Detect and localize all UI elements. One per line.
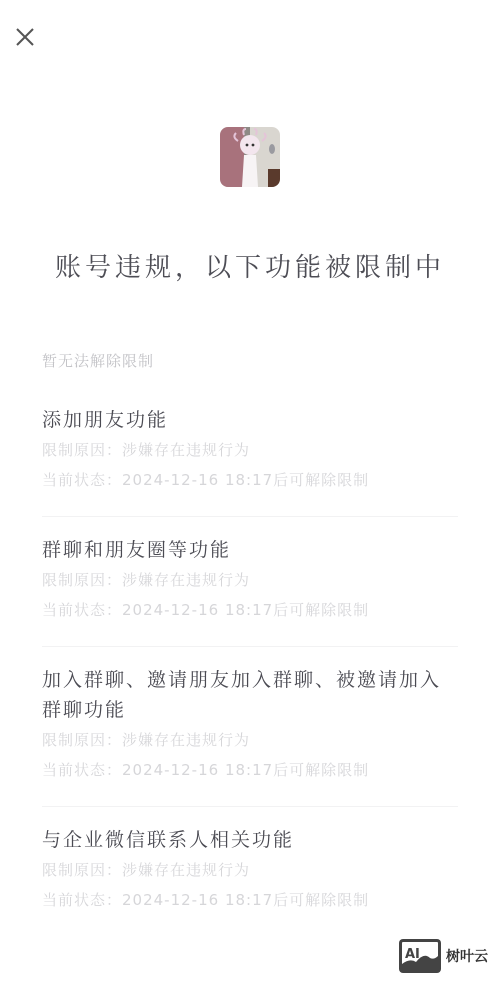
divider (42, 516, 458, 517)
restriction-item: 群聊和朋友圈等功能 限制原因：涉嫌存在违规行为 当前状态：2024-12-16 … (42, 535, 458, 625)
restriction-title: 群聊和朋友圈等功能 (42, 535, 458, 565)
restriction-status: 当前状态：2024-12-16 18:17后可解除限制 (42, 885, 458, 915)
ai-logo-icon: AI (398, 938, 442, 974)
page-title: 账号违规，以下功能被限制中 (0, 247, 500, 284)
restriction-reason: 限制原因：涉嫌存在违规行为 (42, 435, 458, 465)
restriction-status: 当前状态：2024-12-16 18:17后可解除限制 (42, 595, 458, 625)
restriction-title: 与企业微信联系人相关功能 (42, 825, 458, 855)
divider (42, 646, 458, 647)
restriction-item: 与企业微信联系人相关功能 限制原因：涉嫌存在违规行为 当前状态：2024-12-… (42, 825, 458, 915)
avatar-image (220, 127, 280, 187)
restriction-reason: 限制原因：涉嫌存在违规行为 (42, 565, 458, 595)
restriction-reason: 限制原因：涉嫌存在违规行为 (42, 855, 458, 885)
avatar (220, 127, 280, 187)
divider (42, 806, 458, 807)
close-x-icon (14, 26, 36, 48)
restriction-title: 添加朋友功能 (42, 405, 458, 435)
svg-text:AI: AI (405, 947, 420, 962)
section-header: 暂无法解除限制 (42, 350, 154, 371)
watermark-label: 树叶云 (446, 946, 488, 966)
restriction-item: 添加朋友功能 限制原因：涉嫌存在违规行为 当前状态：2024-12-16 18:… (42, 405, 458, 495)
restriction-item: 加入群聊、邀请朋友加入群聊、被邀请加入群聊功能 限制原因：涉嫌存在违规行为 当前… (42, 665, 458, 785)
restriction-title: 加入群聊、邀请朋友加入群聊、被邀请加入群聊功能 (42, 665, 458, 725)
restriction-status: 当前状态：2024-12-16 18:17后可解除限制 (42, 755, 458, 785)
restriction-status: 当前状态：2024-12-16 18:17后可解除限制 (42, 465, 458, 495)
close-button[interactable] (14, 26, 36, 48)
restriction-reason: 限制原因：涉嫌存在违规行为 (42, 725, 458, 755)
watermark: AI 树叶云 (398, 938, 488, 974)
